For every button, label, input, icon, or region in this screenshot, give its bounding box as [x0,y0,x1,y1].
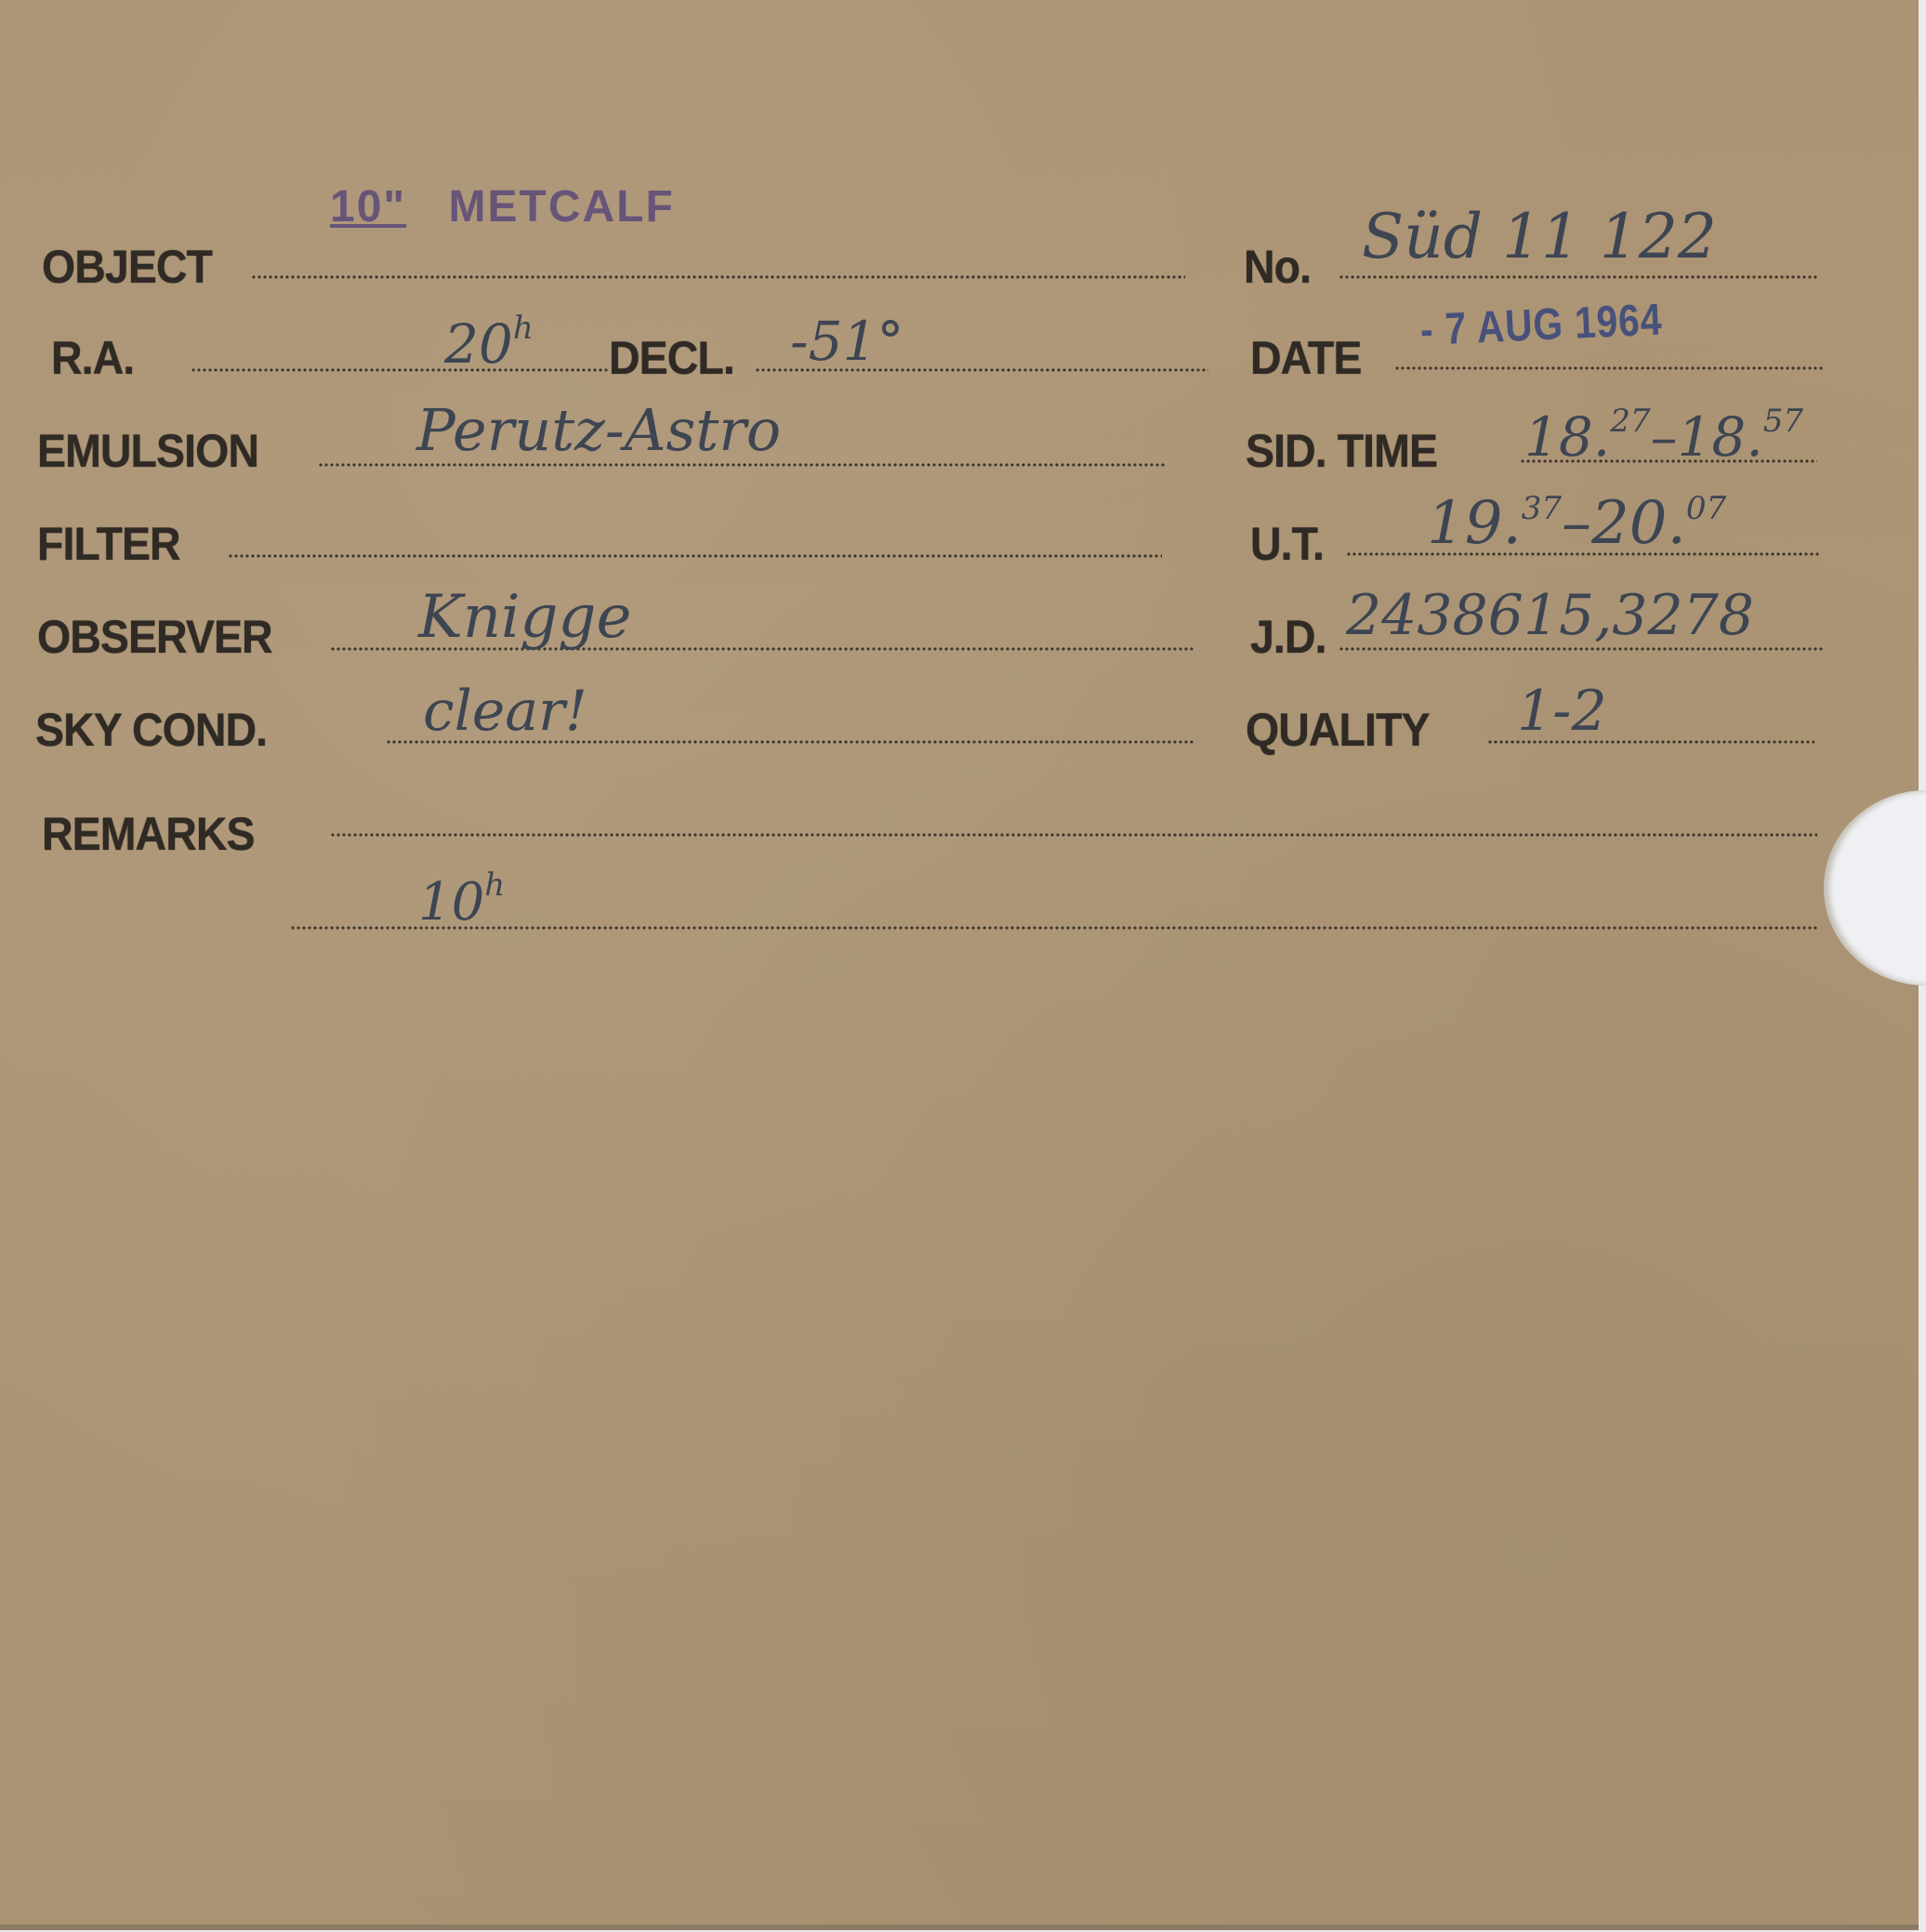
ut-start-min: 37 [1522,490,1562,527]
plate-envelope: 10" METCALF OBJECT No. Süd 11 122 R.A. 2… [0,0,1919,1930]
ra-unit: h [513,310,534,347]
ut-label: U.T. [1250,521,1324,567]
remarks-line-2[interactable] [290,926,1819,930]
ut-separator: – [1562,489,1591,558]
date-field-line[interactable] [1394,366,1824,370]
date-label: DATE [1250,335,1361,381]
observer-label: OBSERVER [37,614,272,660]
telescope-name: METCALF [449,182,675,232]
decl-label: DECL. [609,335,734,381]
decl-value: -51° [790,314,904,368]
number-field-line[interactable] [1339,275,1817,279]
sid-separator: – [1651,405,1678,469]
emulsion-label: EMULSION [37,428,258,474]
ut-end-min: 07 [1686,490,1726,527]
ra-label: R.A. [51,335,134,381]
remarks-label: REMARKS [42,811,255,857]
sid-time-value: 18.27–18.57 [1524,405,1803,464]
ra-value: 20h [444,312,534,371]
quality-value: 1-2 [1517,683,1607,739]
ra-hours: 20 [444,312,513,376]
telescope-stamp: 10" METCALF [330,181,675,232]
sid-start-min: 27 [1610,403,1650,440]
sky-cond-label: SKY COND. [35,707,267,753]
remarks-value: 10h [418,869,505,929]
jd-label: J.D. [1250,614,1326,660]
sid-time-label: SID. TIME [1246,428,1437,474]
ut-end-hour: 20. [1591,489,1686,558]
sid-end-min: 57 [1763,403,1803,440]
emulsion-value: Perutz-Astro [416,402,781,459]
remarks-unit: h [484,867,505,904]
ut-start-hour: 19. [1427,489,1522,558]
sid-end-hour: 18. [1678,405,1763,469]
remarks-hours: 10 [418,872,484,933]
remarks-line-1[interactable] [330,833,1817,837]
object-label: OBJECT [42,244,212,290]
date-stamp: - 7 AUG 1964 [1419,295,1664,356]
sid-start-hour: 18. [1524,405,1610,469]
number-label: No. [1244,244,1311,290]
jd-value: 2438615,3278 [1346,588,1754,643]
object-field-line[interactable] [251,275,1185,279]
ut-value: 19.37–20.07 [1427,493,1726,553]
telescope-aperture: 10" [330,182,406,232]
sky-cond-value: clear! [423,683,587,739]
filter-label: FILTER [37,521,180,567]
filter-field-line[interactable] [228,554,1162,558]
quality-label: QUALITY [1246,707,1430,753]
number-value: Süd 11 122 [1362,206,1717,268]
observer-value: Knigge [418,588,631,647]
ra-field-line[interactable] [191,368,609,372]
